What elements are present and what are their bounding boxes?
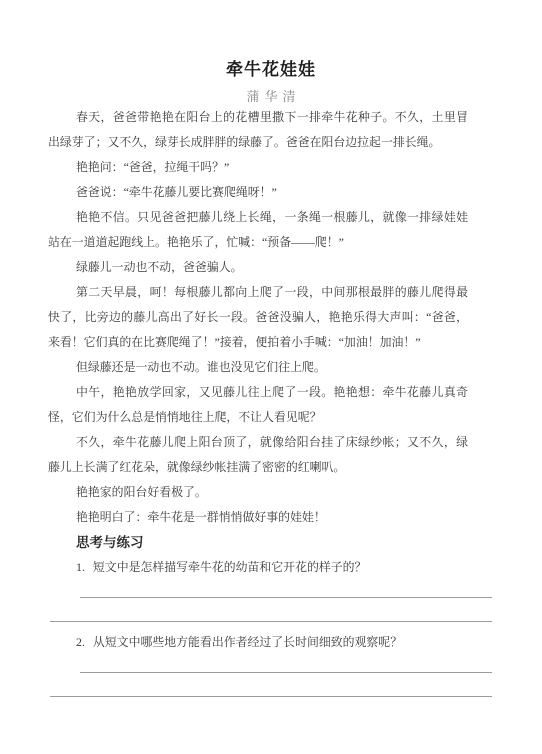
article-paragraph: 艳艳不信。只见爸爸把藤儿绕上长绳，一条绳一根藤儿，就像一排绿娃娃站在一道道起跑线…: [48, 205, 468, 255]
article-paragraph: 绿藤儿一动也不动，爸爸骗人。: [48, 255, 468, 280]
article-paragraph: 艳艳家的阳台好看极了。: [48, 480, 468, 505]
page-title: 牵牛花娃娃: [0, 55, 542, 80]
question-2-number: 2.: [76, 635, 85, 649]
answer-line: [80, 655, 492, 673]
answer-line: [80, 580, 492, 598]
article-paragraph: 但绿藤还是一动也不动。谁也没见它们往上爬。: [48, 355, 468, 380]
question-2: 2.从短文中哪些地方能看出作者经过了长时间细致的观察呢？: [48, 630, 468, 655]
article-paragraph: 艳艳明白了：牵牛花是一群悄悄做好事的娃娃！: [48, 505, 468, 530]
article-paragraph: 不久，牵牛花藤儿爬上阳台顶了，就像给阳台挂了床绿纱帐；又不久，绿藤儿上长满了红花…: [48, 430, 468, 480]
article-paragraph: 艳艳问：“爸爸，拉绳干吗？”: [48, 155, 468, 180]
answer-line: [50, 673, 492, 697]
question-1-number: 1.: [76, 560, 85, 574]
article-paragraph: 春天，爸爸带艳艳在阳台上的花槽里撒下一排牵牛花种子。不久，土里冒出绿芽了；又不久…: [48, 105, 468, 155]
author-name: 蒲华清: [0, 86, 542, 105]
document-page: 牵牛花娃娃 蒲华清 春天，爸爸带艳艳在阳台上的花槽里撒下一排牵牛花种子。不久，土…: [0, 0, 542, 754]
question-1-text: 短文中是怎样描写牵牛花的幼苗和它开花的样子的？: [93, 560, 367, 574]
answer-line: [50, 598, 492, 622]
article-paragraph: 中午，艳艳放学回家，又见藤儿往上爬了一段。艳艳想：牵牛花藤儿真奇怪，它们为什么总…: [48, 380, 468, 430]
question-2-text: 从短文中哪些地方能看出作者经过了长时间细致的观察呢？: [93, 635, 402, 649]
article-paragraph: 爸爸说：“牵牛花藤儿要比赛爬绳呀！”: [48, 180, 468, 205]
exercise-heading: 思考与练习: [48, 530, 468, 555]
article-paragraph: 第二天早晨，呵！每根藤儿都向上爬了一段，中间那根最胖的藤儿爬得最快了，比旁边的藤…: [48, 280, 468, 355]
article-body: 春天，爸爸带艳艳在阳台上的花槽里撒下一排牵牛花种子。不久，土里冒出绿芽了；又不久…: [48, 105, 468, 697]
question-1: 1.短文中是怎样描写牵牛花的幼苗和它开花的样子的？: [48, 555, 468, 580]
